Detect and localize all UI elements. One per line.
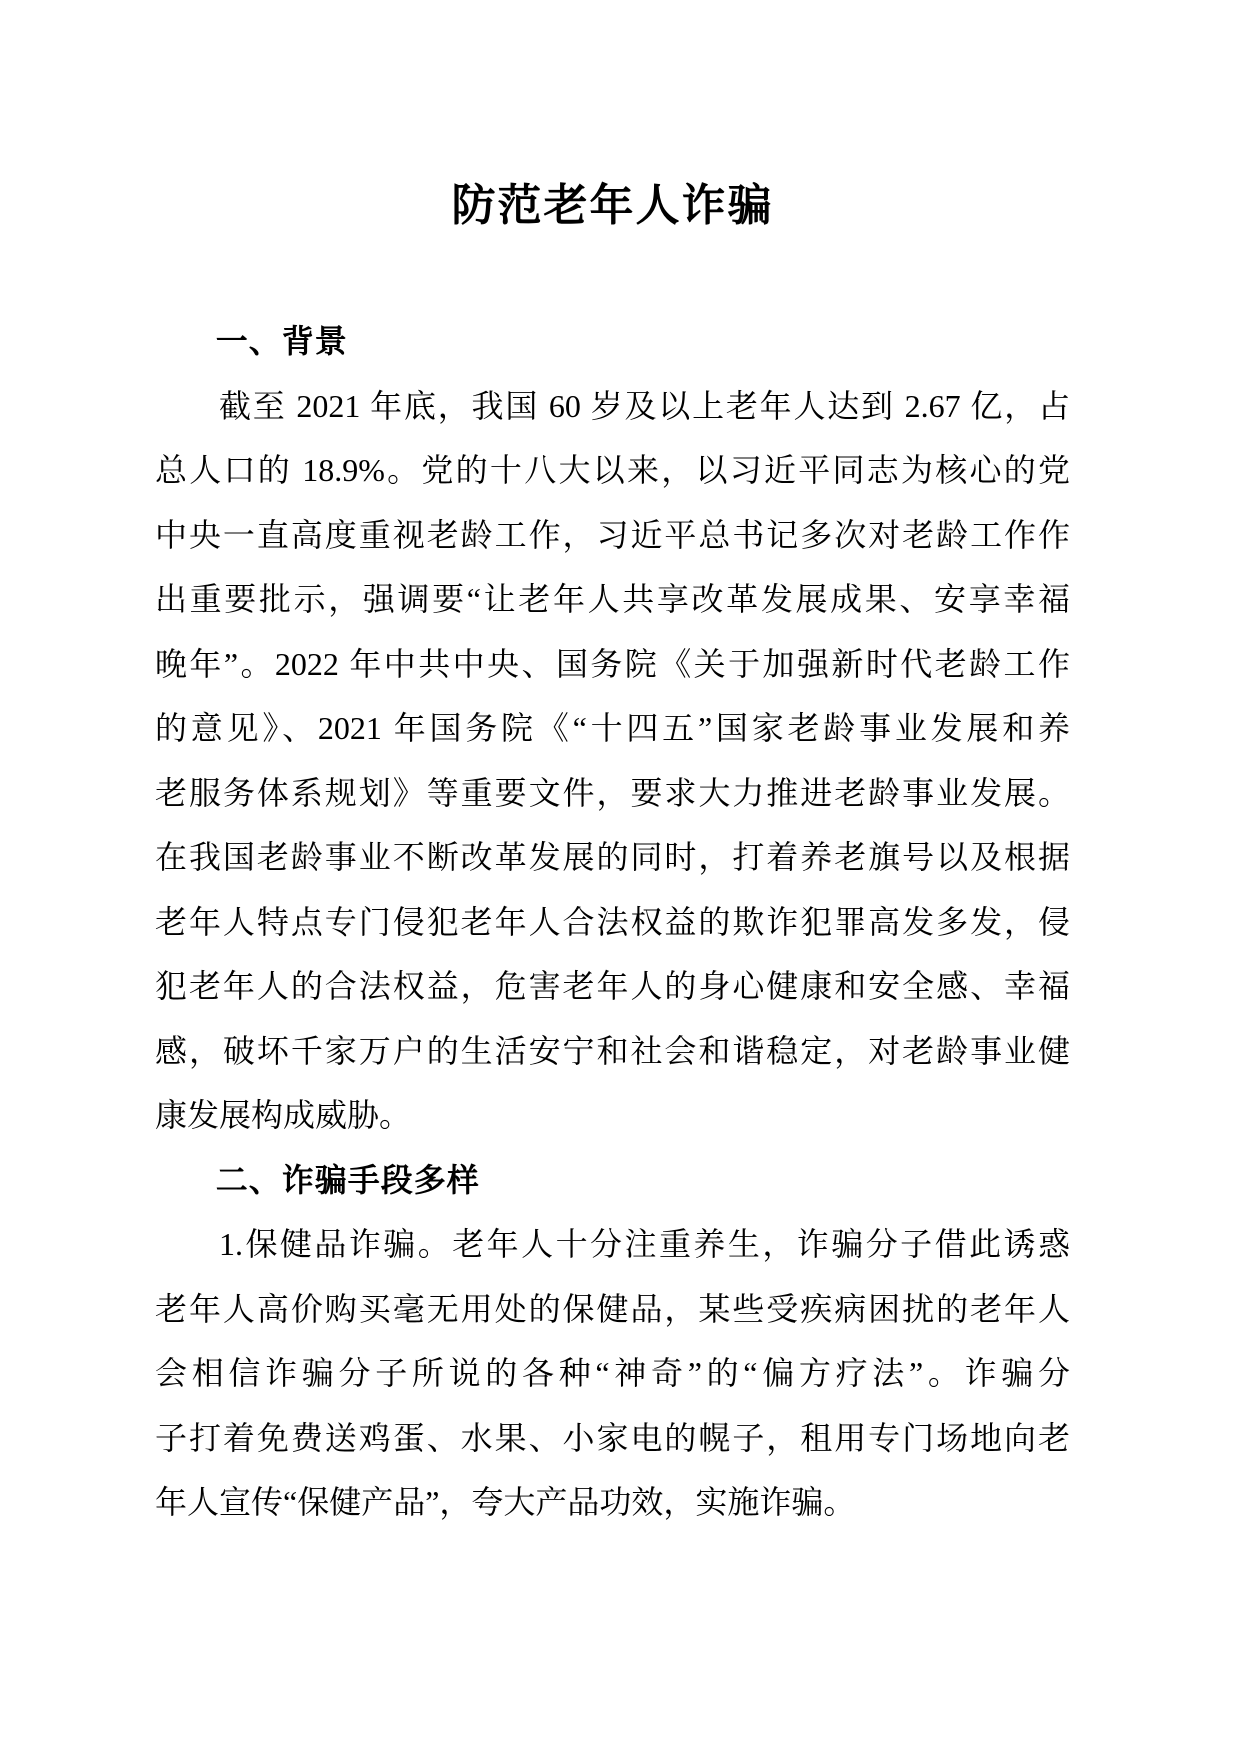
document-content: 防范老年人诈骗 一、背景 截至 2021 年底，我国 60 岁及以上老年人达到 … — [155, 0, 1070, 1535]
paragraph-line: 年人宣传“保健产品”，夸大产品功效，实施诈骗。 — [155, 1470, 1070, 1535]
paragraph-line: 老年人特点专门侵犯老年人合法权益的欺诈犯罪高发多发，侵 — [155, 890, 1070, 955]
paragraph-line: 老服务体系规划》等重要文件，要求大力推进老龄事业发展。 — [155, 761, 1070, 826]
paragraph-line: 的意见》、2021 年国务院《“十四五”国家老龄事业发展和养 — [155, 696, 1070, 761]
paragraph-line: 感，破坏千家万户的生活安宁和社会和谐稳定，对老龄事业健 — [155, 1019, 1070, 1084]
document-title: 防范老年人诈骗 — [155, 180, 1070, 232]
paragraph-line: 子打着免费送鸡蛋、水果、小家电的幌子，租用专门场地向老 — [155, 1406, 1070, 1471]
paragraph-line: 会相信诈骗分子所说的各种“神奇”的“偏方疗法”。诈骗分 — [155, 1341, 1070, 1406]
section-heading-background: 一、背景 — [155, 309, 1070, 374]
paragraph-line: 1.保健品诈骗。老年人十分注重养生，诈骗分子借此诱惑 — [155, 1212, 1070, 1277]
paragraph-line: 康发展构成威胁。 — [155, 1083, 1070, 1148]
document-page: 防范老年人诈骗 一、背景 截至 2021 年底，我国 60 岁及以上老年人达到 … — [0, 0, 1240, 1754]
paragraph-line: 中央一直高度重视老龄工作，习近平总书记多次对老龄工作作 — [155, 503, 1070, 568]
section-heading-fraud-methods: 二、诈骗手段多样 — [155, 1148, 1070, 1213]
paragraph-line: 犯老年人的合法权益，危害老年人的身心健康和安全感、幸福 — [155, 954, 1070, 1019]
paragraph-line: 出重要批示，强调要“让老年人共享改革发展成果、安享幸福 — [155, 567, 1070, 632]
paragraph-line: 老年人高价购买毫无用处的保健品，某些受疾病困扰的老年人 — [155, 1277, 1070, 1342]
paragraph-line: 在我国老龄事业不断改革发展的同时，打着养老旗号以及根据 — [155, 825, 1070, 890]
paragraph-line: 晚年”。2022 年中共中央、国务院《关于加强新时代老龄工作 — [155, 632, 1070, 697]
document-body: 一、背景 截至 2021 年底，我国 60 岁及以上老年人达到 2.67 亿，占… — [155, 309, 1070, 1535]
paragraph-line: 总人口的 18.9%。党的十八大以来，以习近平同志为核心的党 — [155, 438, 1070, 503]
paragraph-line: 截至 2021 年底，我国 60 岁及以上老年人达到 2.67 亿，占 — [155, 374, 1070, 439]
